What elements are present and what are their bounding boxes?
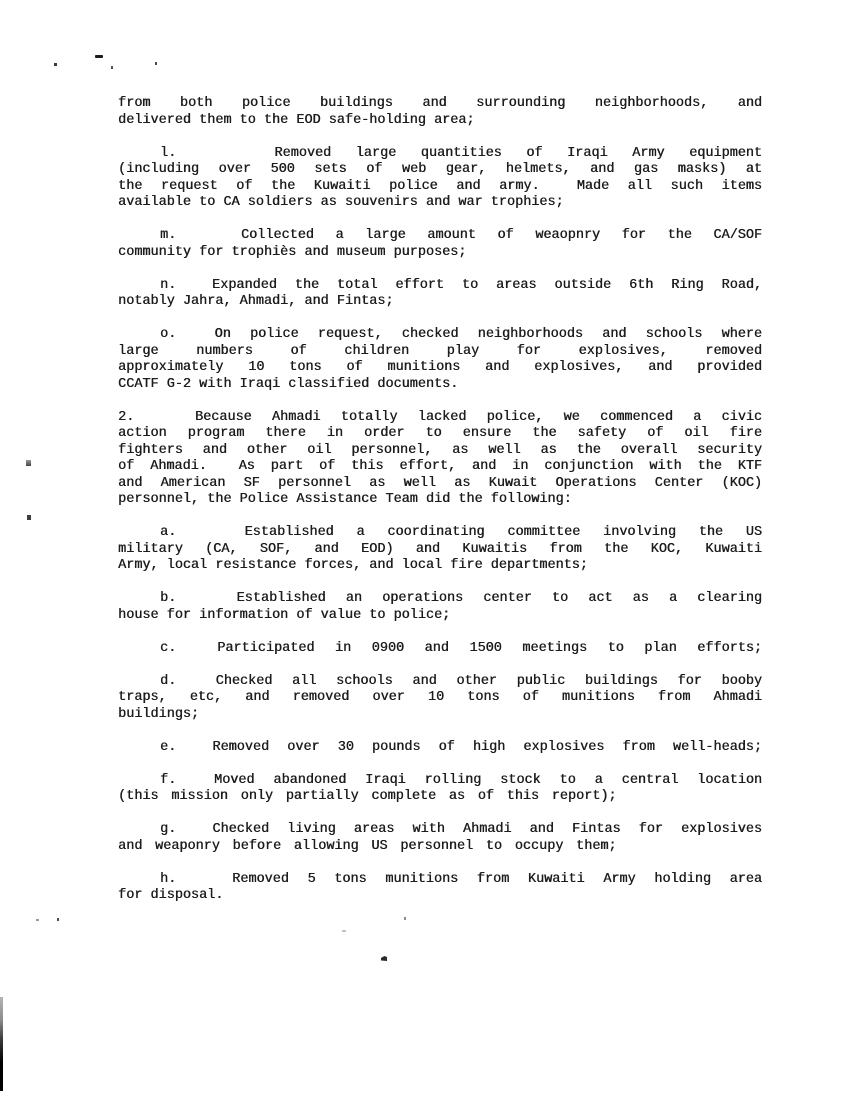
document-line: f. Moved abandoned Iraqi rolling stock t… — [118, 773, 762, 790]
document-line: (this mission only partially complete as… — [118, 789, 762, 806]
scan-speck — [36, 919, 39, 921]
scan-edge-line — [0, 997, 3, 1091]
document-line: approximately 10 tons of munitions and e… — [118, 360, 762, 377]
document-line: traps, etc, and removed over 10 tons of … — [118, 690, 762, 707]
list-item-o: o. On police request, checked neighborho… — [118, 327, 762, 393]
document-line: of Ahmadi. As part of this effort, and i… — [118, 459, 762, 476]
scan-speck — [27, 515, 31, 520]
document-line: from both police buildings and surroundi… — [118, 96, 762, 113]
list-item-m: m. Collected a large amount of weaopnry … — [118, 228, 762, 261]
list-item-c: c. Participated in 0900 and 1500 meeting… — [118, 641, 762, 658]
document-page: from both police buildings and surroundi… — [0, 0, 850, 1116]
document-line: CCATF G-2 with Iraqi classified document… — [118, 377, 762, 394]
paragraph-continuation: from both police buildings and surroundi… — [118, 96, 762, 129]
document-text-block: from both police buildings and surroundi… — [118, 96, 762, 905]
document-line: 2. Because Ahmadi totally lacked police,… — [118, 410, 762, 427]
list-item-b: b. Established an operations center to a… — [118, 591, 762, 624]
document-line: e. Removed over 30 pounds of high explos… — [118, 740, 762, 757]
document-line: h. Removed 5 tons munitions from Kuwaiti… — [118, 872, 762, 889]
document-line: g. Checked living areas with Ahmadi and … — [118, 822, 762, 839]
document-line: house for information of value to police… — [118, 608, 762, 625]
document-line: buildings; — [118, 707, 762, 724]
list-item-d: d. Checked all schools and other public … — [118, 674, 762, 724]
document-line: community for trophiès and museum purpos… — [118, 245, 762, 262]
list-item-a: a. Established a coordinating committee … — [118, 525, 762, 575]
document-line: available to CA soldiers as souvenirs an… — [118, 195, 762, 212]
section-2-paragraph: 2. Because Ahmadi totally lacked police,… — [118, 410, 762, 509]
document-line: b. Established an operations center to a… — [118, 591, 762, 608]
document-line: and American SF personnel as well as Kuw… — [118, 476, 762, 493]
document-line: the request of the Kuwaiti police and ar… — [118, 179, 762, 196]
document-line: fighters and other oil personnel, as wel… — [118, 443, 762, 460]
document-line: l. Removed large quantities of Iraqi Arm… — [118, 146, 762, 163]
scan-speck — [404, 917, 406, 920]
scan-speck — [57, 918, 59, 921]
list-item-l: l. Removed large quantities of Iraqi Arm… — [118, 146, 762, 212]
scan-speck — [111, 66, 113, 69]
document-line: for disposal. — [118, 888, 762, 905]
document-line: a. Established a coordinating committee … — [118, 525, 762, 542]
document-line: m. Collected a large amount of weaopnry … — [118, 228, 762, 245]
document-line: o. On police request, checked neighborho… — [118, 327, 762, 344]
document-line: notably Jahra, Ahmadi, and Fintas; — [118, 294, 762, 311]
document-line: Army, local resistance forces, and local… — [118, 558, 762, 575]
document-line: n. Expanded the total effort to areas ou… — [118, 278, 762, 295]
list-item-g: g. Checked living areas with Ahmadi and … — [118, 822, 762, 855]
scan-ink-blot — [381, 956, 387, 961]
document-line: and weaponry before allowing US personne… — [118, 839, 762, 856]
document-line: personnel, the Police Assistance Team di… — [118, 492, 762, 509]
document-line: (including over 500 sets of web gear, he… — [118, 162, 762, 179]
scan-speck — [155, 62, 157, 65]
list-item-n: n. Expanded the total effort to areas ou… — [118, 278, 762, 311]
document-line: c. Participated in 0900 and 1500 meeting… — [118, 641, 762, 658]
scan-dash-mark — [95, 55, 103, 58]
document-line: d. Checked all schools and other public … — [118, 674, 762, 691]
document-line: delivered them to the EOD safe-holding a… — [118, 113, 762, 130]
document-line: action program there in order to ensure … — [118, 426, 762, 443]
list-item-f: f. Moved abandoned Iraqi rolling stock t… — [118, 773, 762, 806]
list-item-h: h. Removed 5 tons munitions from Kuwaiti… — [118, 872, 762, 905]
list-item-e: e. Removed over 30 pounds of high explos… — [118, 740, 762, 757]
document-line: military (CA, SOF, and EOD) and Kuwaitis… — [118, 542, 762, 559]
scan-speck — [54, 63, 57, 66]
document-line: large numbers of children play for explo… — [118, 344, 762, 361]
scan-speck — [342, 930, 346, 932]
scan-speck — [26, 460, 31, 466]
